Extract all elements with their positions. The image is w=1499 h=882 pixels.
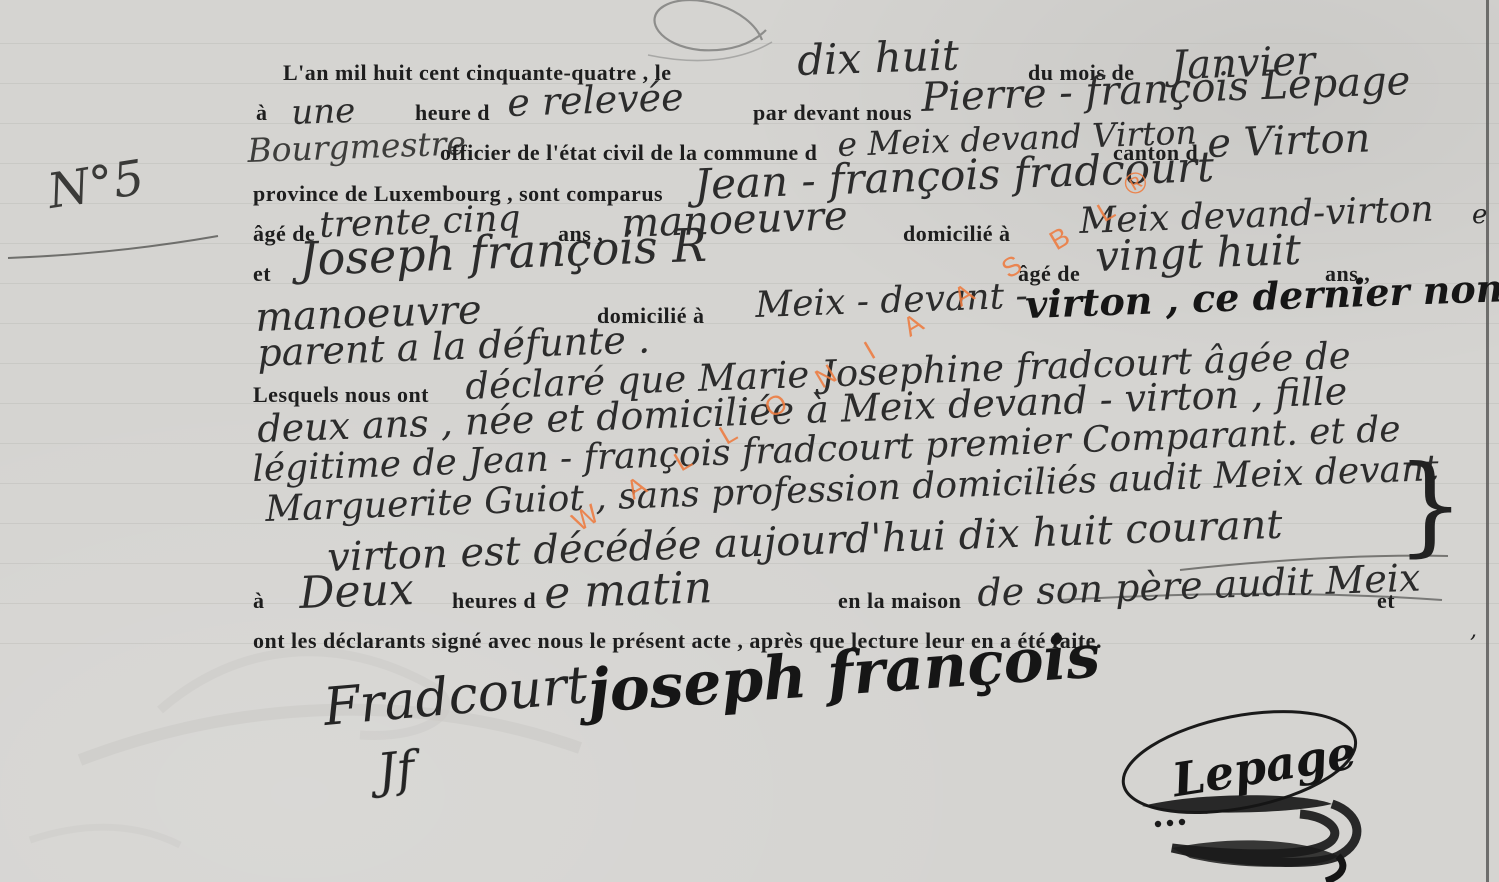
form-text-hours: heures d — [452, 590, 536, 612]
signature-initials: Jf — [375, 744, 417, 796]
page-binding-edge — [1486, 0, 1489, 882]
edge-ink-mark: , — [1470, 618, 1477, 643]
entry-death-hour-period: e matin — [543, 566, 713, 616]
entry-declarant2-name: Joseph françois R — [298, 222, 707, 282]
margin-brace: } — [1396, 452, 1465, 560]
entry-hour: une — [291, 94, 356, 130]
form-text-and: et — [253, 263, 271, 285]
entry-death-hour: Deux — [298, 568, 414, 616]
form-text-before-us: par devant nous — [753, 102, 912, 124]
form-text-domiciled: domicilié à — [903, 223, 1011, 245]
entry-officer-title: Bourgmestre — [247, 126, 467, 167]
form-text-and2: et — [1377, 590, 1395, 612]
act-number: N°5 — [44, 153, 147, 216]
register-page-scan: e , N°5 L'an mil huit cent cinquante-qua… — [0, 0, 1499, 882]
form-text-in-house: en la maison — [838, 590, 961, 612]
form-text-at: à — [256, 102, 268, 124]
form-text-hour: heure d — [415, 102, 490, 124]
officer-signature-seal: Lepage — [1080, 690, 1440, 882]
signature-officer: Lepage — [1167, 725, 1360, 808]
entry-canton: e Virton — [1207, 118, 1371, 164]
edge-ink-mark: e — [1472, 200, 1487, 230]
entry-hour-period: e relevée — [507, 78, 685, 122]
form-text-at2: à — [253, 590, 265, 612]
entry-declarant2-age: vingt huit — [1095, 229, 1302, 278]
